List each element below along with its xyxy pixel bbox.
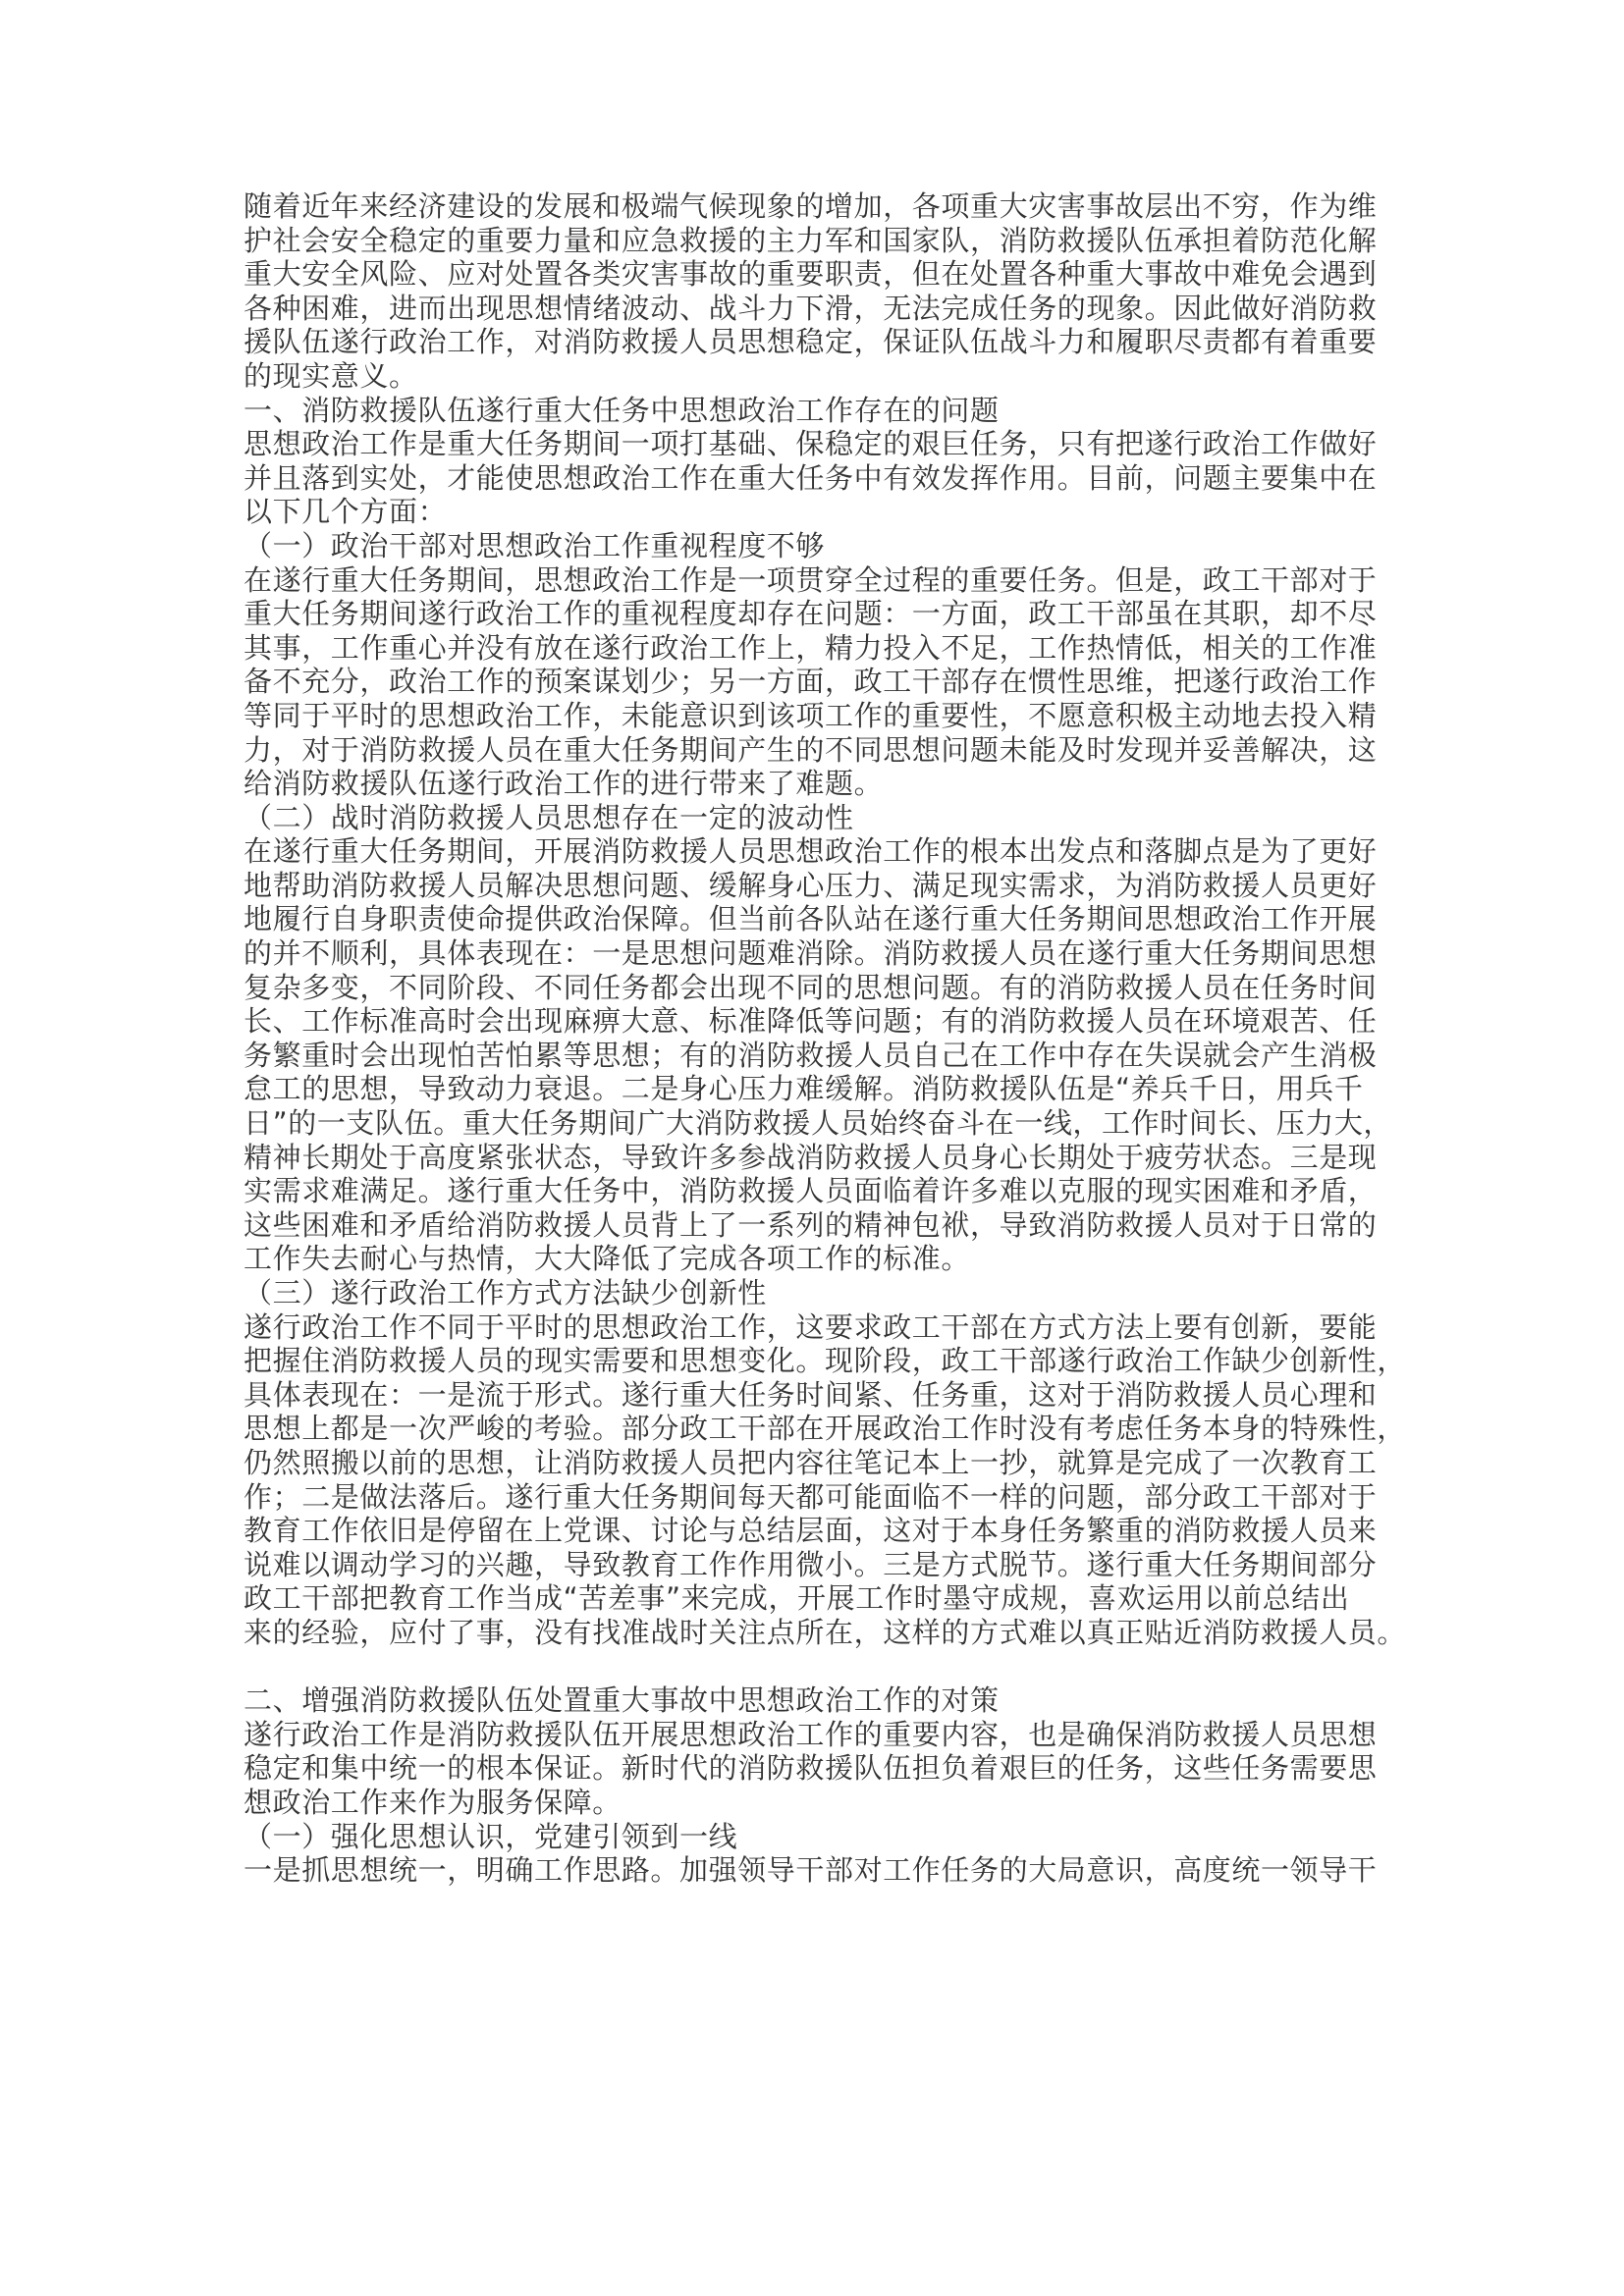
text-line: 以下几个方面： bbox=[244, 495, 1382, 529]
text-line: 务繁重时会出现怕苦怕累等思想；有的消防救援人员自己在工作中存在失误就会产生消极 bbox=[244, 1039, 1382, 1073]
text-line: 援队伍遂行政治工作，对消防救援人员思想稳定，保证队伍战斗力和履职尽责都有着重要 bbox=[244, 325, 1382, 359]
document-page: 随着近年来经济建设的发展和极端气候现象的增加，各项重大灾害事故层出不穷，作为维护… bbox=[244, 189, 1382, 1888]
text-line: （二）战时消防救援人员思想存在一定的波动性 bbox=[244, 801, 1382, 835]
text-line: 等同于平时的思想政治工作，未能意识到该项工作的重要性，不愿意积极主动地去投入精 bbox=[244, 699, 1382, 733]
text-line: 想政治工作来作为服务保障。 bbox=[244, 1786, 1382, 1820]
text-line: 在遂行重大任务期间，开展消防救援人员思想政治工作的根本出发点和落脚点是为了更好 bbox=[244, 834, 1382, 869]
subsection-1-3-heading: （三）遂行政治工作方式方法缺少创新性 bbox=[244, 1276, 1382, 1310]
section-1-intro: 思想政治工作是重大任务期间一项打基础、保稳定的艰巨任务，只有把遂行政治工作做好并… bbox=[244, 427, 1382, 529]
subsection-1-1-body: 在遂行重大任务期间，思想政治工作是一项贯穿全过程的重要任务。但是，政工干部对于重… bbox=[244, 563, 1382, 801]
subsection-1-2-heading: （二）战时消防救援人员思想存在一定的波动性 bbox=[244, 801, 1382, 835]
subsection-2-1-body: 一是抓思想统一，明确工作思路。加强领导干部对工作任务的大局意识，高度统一领导干 bbox=[244, 1853, 1382, 1888]
text-line: 怠工的思想，导致动力衰退。二是身心压力难缓解。消防救援队伍是“养兵千日，用兵千 bbox=[244, 1072, 1382, 1106]
text-line: 备不充分，政治工作的预案谋划少；另一方面，政工干部存在惯性思维，把遂行政治工作 bbox=[244, 665, 1382, 699]
intro-paragraph: 随着近年来经济建设的发展和极端气候现象的增加，各项重大灾害事故层出不穷，作为维护… bbox=[244, 189, 1382, 394]
text-line: 二、增强消防救援队伍处置重大事故中思想政治工作的对策 bbox=[244, 1683, 1382, 1718]
text-line: 这些困难和矛盾给消防救援人员背上了一系列的精神包袱，导致消防救援人员对于日常的 bbox=[244, 1208, 1382, 1243]
subsection-2-1-heading: （一）强化思想认识，党建引领到一线 bbox=[244, 1820, 1382, 1854]
text-line: 复杂多变，不同阶段、不同任务都会出现不同的思想问题。有的消防救援人员在任务时间 bbox=[244, 971, 1382, 1005]
text-line: 重大安全风险、应对处置各类灾害事故的重要职责，但在处置各种重大事故中难免会遇到 bbox=[244, 257, 1382, 292]
text-line: 的并不顺利，具体表现在：一是思想问题难消除。消防救援人员在遂行重大任务期间思想 bbox=[244, 936, 1382, 971]
text-line: 重大任务期间遂行政治工作的重视程度却存在问题：一方面，政工干部虽在其职，却不尽 bbox=[244, 597, 1382, 631]
text-line: 把握住消防救援人员的现实需要和思想变化。现阶段，政工干部遂行政治工作缺少创新性， bbox=[244, 1344, 1382, 1378]
text-line: 来的经验，应付了事，没有找准战时关注点所在，这样的方式难以真正贴近消防救援人员。 bbox=[244, 1616, 1382, 1650]
text-line: 精神长期处于高度紧张状态，导致许多参战消防救援人员身心长期处于疲劳状态。三是现 bbox=[244, 1141, 1382, 1175]
text-line: 护社会安全稳定的重要力量和应急救援的主力军和国家队，消防救援队伍承担着防范化解 bbox=[244, 224, 1382, 258]
subsection-1-3-body: 遂行政治工作不同于平时的思想政治工作，这要求政工干部在方式方法上要有创新，要能把… bbox=[244, 1310, 1382, 1650]
text-line: 仍然照搬以前的思想，让消防救援人员把内容往笔记本上一抄，就算是完成了一次教育工 bbox=[244, 1446, 1382, 1480]
text-line: （一）强化思想认识，党建引领到一线 bbox=[244, 1820, 1382, 1854]
text-line: 一、消防救援队伍遂行重大任务中思想政治工作存在的问题 bbox=[244, 394, 1382, 428]
text-line: 的现实意义。 bbox=[244, 359, 1382, 394]
text-line: 一是抓思想统一，明确工作思路。加强领导干部对工作任务的大局意识，高度统一领导干 bbox=[244, 1853, 1382, 1888]
subsection-1-1-heading: （一）政治干部对思想政治工作重视程度不够 bbox=[244, 529, 1382, 563]
text-line: 思想政治工作是重大任务期间一项打基础、保稳定的艰巨任务，只有把遂行政治工作做好 bbox=[244, 427, 1382, 461]
text-line: 长、工作标准高时会出现麻痹大意、标准降低等问题；有的消防救援人员在环境艰苦、任 bbox=[244, 1004, 1382, 1039]
section-2-heading: 二、增强消防救援队伍处置重大事故中思想政治工作的对策 bbox=[244, 1683, 1382, 1718]
text-line: 各种困难，进而出现思想情绪波动、战斗力下滑，无法完成任务的现象。因此做好消防救 bbox=[244, 292, 1382, 326]
subsection-1-2-body: 在遂行重大任务期间，开展消防救援人员思想政治工作的根本出发点和落脚点是为了更好地… bbox=[244, 834, 1382, 1276]
text-line: 并且落到实处，才能使思想政治工作在重大任务中有效发挥作用。目前，问题主要集中在 bbox=[244, 461, 1382, 496]
text-line: 其事，工作重心并没有放在遂行政治工作上，精力投入不足，工作热情低，相关的工作准 bbox=[244, 631, 1382, 666]
text-line: 具体表现在：一是流于形式。遂行重大任务时间紧、任务重，这对于消防救援人员心理和 bbox=[244, 1378, 1382, 1413]
text-line: 作；二是做法落后。遂行重大任务期间每天都可能面临不一样的问题，部分政工干部对于 bbox=[244, 1480, 1382, 1515]
text-line: 思想上都是一次严峻的考验。部分政工干部在开展政治工作时没有考虑任务本身的特殊性， bbox=[244, 1412, 1382, 1446]
text-line: 稳定和集中统一的根本保证。新时代的消防救援队伍担负着艰巨的任务，这些任务需要思 bbox=[244, 1751, 1382, 1786]
text-line: （一）政治干部对思想政治工作重视程度不够 bbox=[244, 529, 1382, 563]
text-line: 教育工作依旧是停留在上党课、讨论与总结层面，这对于本身任务繁重的消防救援人员来 bbox=[244, 1514, 1382, 1548]
text-line: 遂行政治工作是消防救援队伍开展思想政治工作的重要内容，也是确保消防救援人员思想 bbox=[244, 1718, 1382, 1752]
text-line: 力，对于消防救援人员在重大任务期间产生的不同思想问题未能及时发现并妥善解决，这 bbox=[244, 733, 1382, 768]
text-line: 随着近年来经济建设的发展和极端气候现象的增加，各项重大灾害事故层出不穷，作为维 bbox=[244, 189, 1382, 224]
text-line: 地履行自身职责使命提供政治保障。但当前各队站在遂行重大任务期间思想政治工作开展 bbox=[244, 902, 1382, 936]
text-line: 政工干部把教育工作当成“苦差事”来完成，开展工作时墨守成规，喜欢运用以前总结出 bbox=[244, 1581, 1382, 1616]
text-line: 实需求难满足。遂行重大任务中，消防救援人员面临着许多难以克服的现实困难和矛盾， bbox=[244, 1174, 1382, 1208]
text-line: 给消防救援队伍遂行政治工作的进行带来了难题。 bbox=[244, 767, 1382, 801]
text-line: 说难以调动学习的兴趣，导致教育工作作用微小。三是方式脱节。遂行重大任务期间部分 bbox=[244, 1548, 1382, 1582]
blank-line bbox=[244, 1650, 1382, 1684]
text-line: （三）遂行政治工作方式方法缺少创新性 bbox=[244, 1276, 1382, 1310]
text-line: 工作失去耐心与热情，大大降低了完成各项工作的标准。 bbox=[244, 1242, 1382, 1276]
text-line: 在遂行重大任务期间，思想政治工作是一项贯穿全过程的重要任务。但是，政工干部对于 bbox=[244, 563, 1382, 598]
text-line: 日”的一支队伍。重大任务期间广大消防救援人员始终奋斗在一线，工作时间长、压力大， bbox=[244, 1106, 1382, 1141]
text-line: 地帮助消防救援人员解决思想问题、缓解身心压力、满足现实需求，为消防救援人员更好 bbox=[244, 869, 1382, 903]
section-spacer bbox=[244, 1650, 1382, 1684]
section-1-heading: 一、消防救援队伍遂行重大任务中思想政治工作存在的问题 bbox=[244, 394, 1382, 428]
section-2-intro: 遂行政治工作是消防救援队伍开展思想政治工作的重要内容，也是确保消防救援人员思想稳… bbox=[244, 1718, 1382, 1820]
text-line: 遂行政治工作不同于平时的思想政治工作，这要求政工干部在方式方法上要有创新，要能 bbox=[244, 1310, 1382, 1345]
